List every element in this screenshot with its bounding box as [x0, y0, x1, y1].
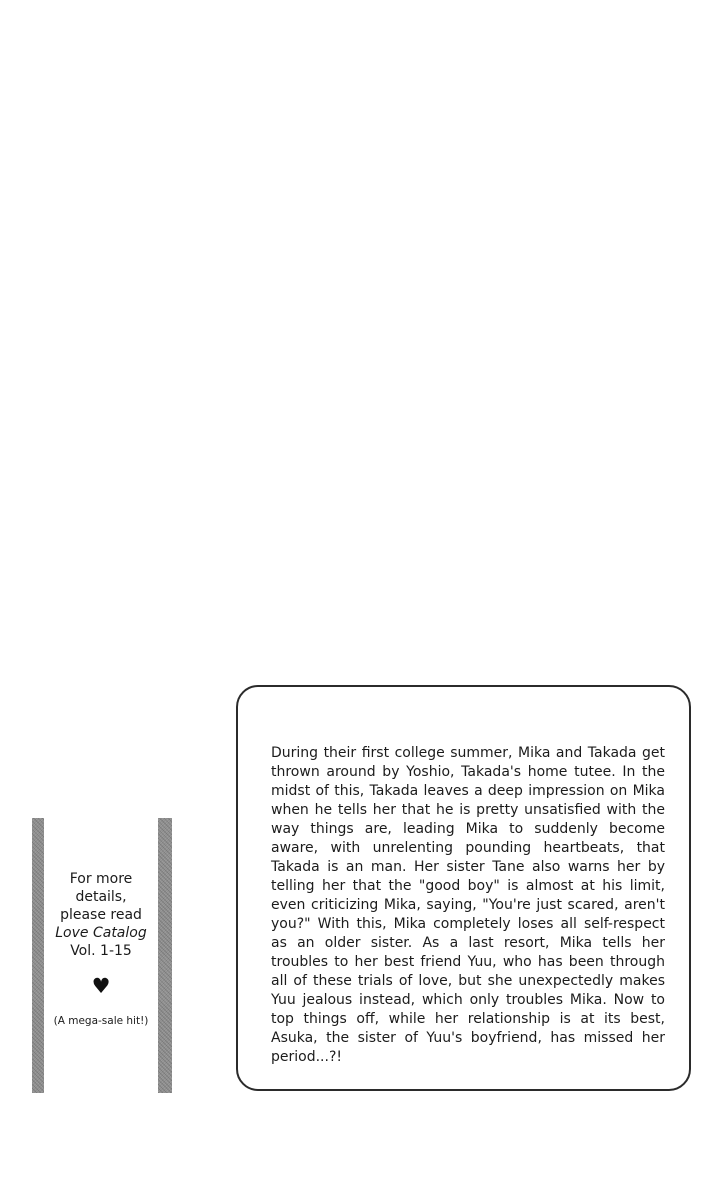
- promo-note-line: details,: [38, 888, 164, 906]
- promo-note-line: please read: [38, 906, 164, 924]
- promo-note-series-title: Love Catalog: [38, 924, 164, 942]
- promo-note: For more details, please read Love Catal…: [38, 870, 164, 1028]
- synopsis-text: During their first college summer, Mika …: [271, 744, 665, 1067]
- promo-note-caption: (A mega-sale hit!): [30, 1014, 172, 1028]
- promo-note-volumes: Vol. 1-15: [38, 942, 164, 960]
- manga-page: For more details, please read Love Catal…: [0, 0, 728, 1182]
- synopsis-box: During their first college summer, Mika …: [236, 685, 691, 1091]
- heart-icon: ♥: [38, 975, 164, 997]
- promo-note-line: For more: [38, 870, 164, 888]
